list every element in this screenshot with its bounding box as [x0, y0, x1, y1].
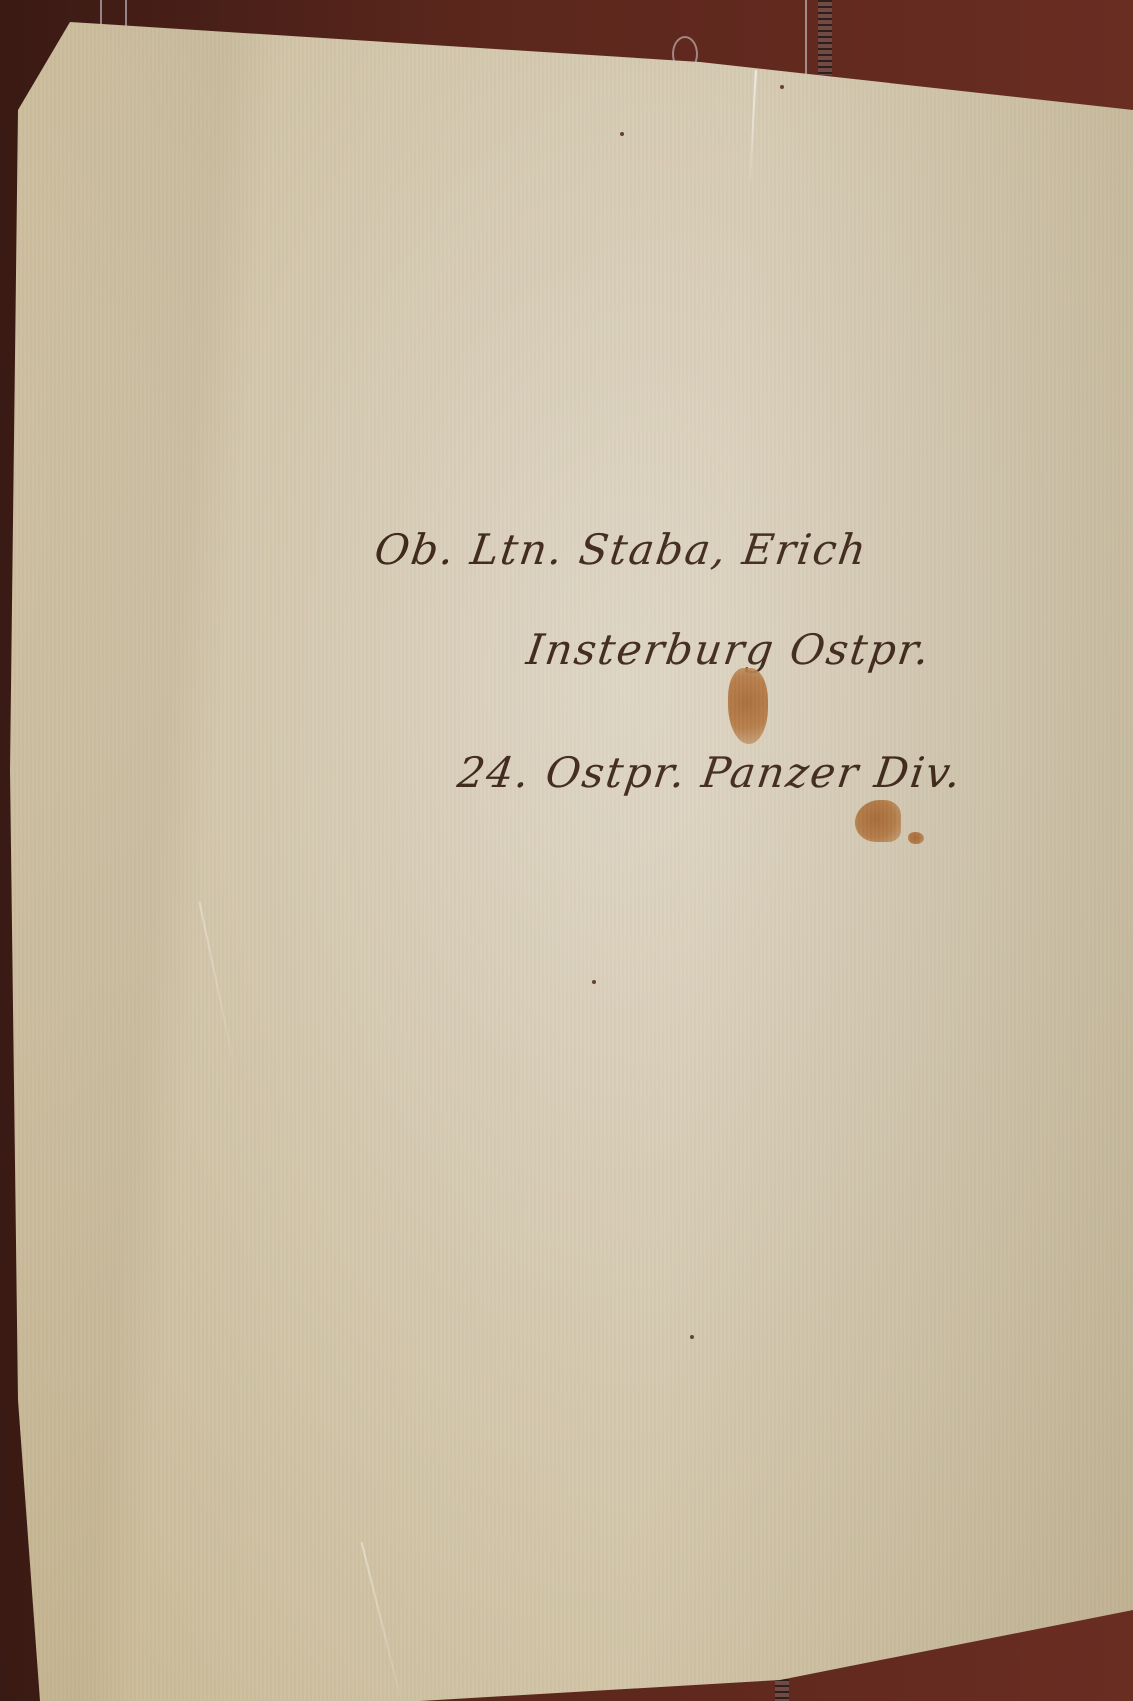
dirt-speck — [592, 980, 596, 984]
paper-crease — [749, 70, 757, 180]
binder-ruler-strip — [818, 0, 832, 75]
ink-stain — [728, 668, 768, 744]
handwritten-line-unit: 24. Ostpr. Panzer Div. — [455, 748, 966, 797]
dirt-speck — [690, 1335, 694, 1339]
ink-stain — [855, 800, 901, 842]
paper-crease — [198, 902, 233, 1059]
plastic-sleeve-edge — [805, 0, 807, 80]
paper-crease — [361, 1542, 402, 1698]
dirt-speck — [620, 132, 624, 136]
ink-stain — [908, 832, 924, 844]
aged-paper-sheet: Ob. Ltn. Staba, Erich Insterburg Ostpr. … — [0, 0, 1133, 1701]
dirt-speck — [780, 85, 784, 89]
handwritten-line-city: Insterburg Ostpr. — [524, 625, 935, 674]
handwritten-line-rank-name: Ob. Ltn. Staba, Erich — [372, 525, 871, 574]
